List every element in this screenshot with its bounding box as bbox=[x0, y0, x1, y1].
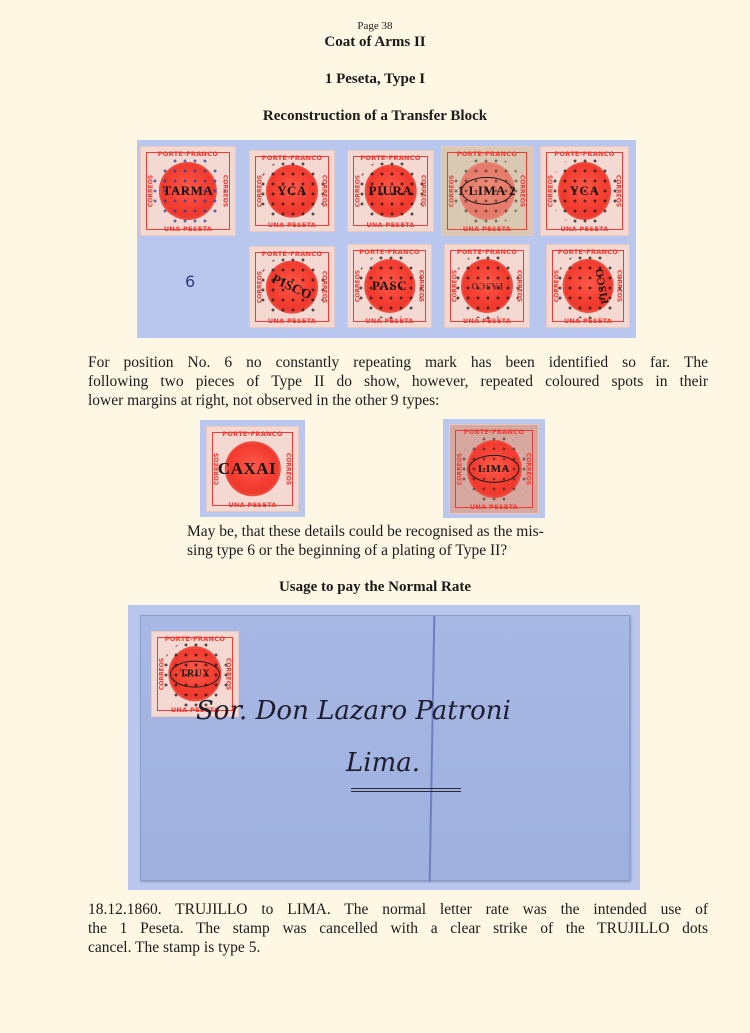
paragraph-cover-description: 18.12.1860. TRUJILLO to LIMA. The normal… bbox=[88, 900, 708, 957]
cover-city: Lima. bbox=[346, 748, 420, 778]
stamp-position-3: PORTE-FRANCO UNA PESETA CORREOS CORREOS … bbox=[347, 150, 434, 232]
stamp-cancel: TARMA bbox=[163, 183, 214, 199]
type-ii-piece-1-board: PORTE-FRANCO UNA PESETA CORREOS CORREOS … bbox=[200, 420, 305, 517]
stamp-cancel: YCA bbox=[277, 183, 307, 199]
cover-board: PORTE-FRANCO UNA PESETA CORREOS CORREOS … bbox=[128, 605, 640, 890]
paragraph-type-6-question: May be, that these details could be reco… bbox=[187, 522, 587, 560]
missing-position-label: 6 bbox=[185, 272, 195, 291]
stamp-position-5: PORTE-FRANCO UNA PESETA CORREOS CORREOS … bbox=[540, 146, 629, 236]
type-ii-stamp-1: PORTE-FRANCO UNA PESETA CORREOS CORREOS … bbox=[206, 426, 299, 512]
stamp-cancel: CAXAI bbox=[218, 459, 276, 479]
stamp-cancel: TRUX bbox=[180, 669, 210, 680]
stamp-position-4: PORTE-FRANCO UNA PESETA CORREOS CORREOS … bbox=[441, 146, 533, 236]
cover-fold-line bbox=[429, 616, 435, 882]
stamp-cancel: YCA bbox=[570, 183, 600, 199]
stamp-position-8: PORTE-FRANCO UNA PESETA CORREOS CORREOS … bbox=[347, 244, 432, 328]
stamp-position-9: PORTE-FRANCO UNA PESETA CORREOS CORREOS … bbox=[444, 244, 530, 328]
stamp-top-label: PORTE-FRANCO bbox=[141, 150, 235, 158]
cover-address: Sor. Don Lazaro Patroni bbox=[196, 696, 511, 726]
letter-cover: PORTE-FRANCO UNA PESETA CORREOS CORREOS … bbox=[140, 615, 630, 881]
stamp-cancel: PIURA bbox=[369, 183, 413, 199]
stamp-cancel: 1 LIMA 2 bbox=[458, 183, 516, 199]
paragraph-position-6: For position No. 6 no constantly repeati… bbox=[88, 353, 708, 410]
cover-city-underline bbox=[351, 788, 461, 792]
type-ii-piece-2-board: PORTE-FRANCO UNA PESETA CORREOS CORREOS … bbox=[443, 419, 545, 518]
section-heading-transfer-block: Reconstruction of a Transfer Block bbox=[0, 108, 750, 125]
stamp-position-10: PORTE-FRANCO UNA PESETA CORREOS CORREOS … bbox=[546, 244, 630, 328]
stamp-cancel: PASC bbox=[372, 278, 407, 294]
page-number: Page 38 bbox=[0, 20, 750, 32]
stamp-cancel: LIMA bbox=[478, 463, 510, 475]
stamp-position-1: PORTE-FRANCO UNA PESETA CORREOS CORREOS … bbox=[140, 146, 236, 236]
page-title: Coat of Arms II bbox=[0, 34, 750, 51]
stamp-position-7: PORTE-FRANCO UNA PESETA CORREOS CORREOS … bbox=[249, 246, 335, 328]
stamp-cancel: PASCO bbox=[471, 281, 503, 291]
transfer-block-board: PORTE-FRANCO UNA PESETA CORREOS CORREOS … bbox=[137, 140, 636, 338]
type-ii-stamp-2: PORTE-FRANCO UNA PESETA CORREOS CORREOS … bbox=[449, 424, 539, 514]
section-heading-usage: Usage to pay the Normal Rate bbox=[0, 579, 750, 596]
stamp-bottom-label: UNA PESETA bbox=[141, 225, 235, 233]
page-subtitle: 1 Peseta, Type I bbox=[0, 71, 750, 88]
stamp-position-2: PORTE-FRANCO UNA PESETA CORREOS CORREOS … bbox=[249, 150, 335, 232]
